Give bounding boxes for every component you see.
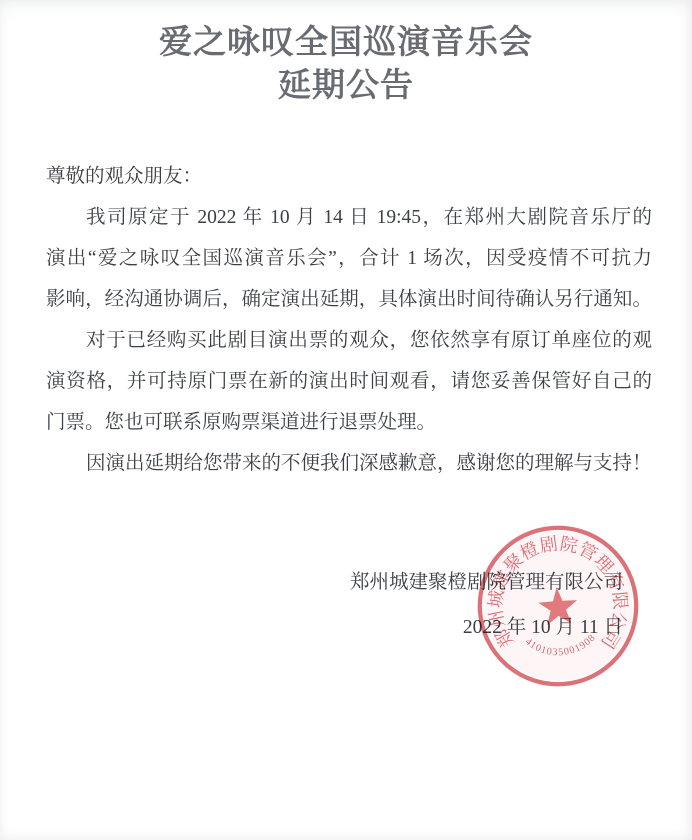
salutation-line: 尊敬的观众朋友： xyxy=(46,160,652,201)
signature-company: 郑州城建聚橙剧院管理有限公司 xyxy=(0,572,623,593)
document-title: 爱之咏叹全国巡演音乐会 延期公告 xyxy=(0,0,692,108)
document-body: 尊敬的观众朋友： 我司原定于 2022 年 10 月 14 日 19:45，在郑… xyxy=(46,160,652,488)
announcement-document: 爱之咏叹全国巡演音乐会 延期公告 尊敬的观众朋友： 我司原定于 2022 年 1… xyxy=(0,0,692,840)
signature-date: 2022 年 10 月 11 日 xyxy=(0,617,623,638)
body-line: 演资格，并可持原门票在新的演出时间观看，请您妥善保管好自己的 xyxy=(46,365,652,406)
body-line: 门票。您也可联系原购票渠道进行退票处理。 xyxy=(46,406,652,447)
body-line: 对于已经购买此剧目演出票的观众，您依然享有原订单座位的观 xyxy=(46,324,652,365)
body-line: 因演出延期给您带来的不便我们深感歉意，感谢您的理解与支持！ xyxy=(46,447,652,488)
body-line: 演出“爱之咏叹全国巡演音乐会”，合计 1 场次，因受疫情不可抗力 xyxy=(46,242,652,283)
body-line: 影响，经沟通协调后，确定演出延期，具体演出时间待确认另行通知。 xyxy=(46,283,652,324)
body-line: 我司原定于 2022 年 10 月 14 日 19:45，在郑州大剧院音乐厅的 xyxy=(46,201,652,242)
document-title-line2: 延期公告 xyxy=(0,65,692,108)
signature-block: 郑州城建聚橙剧院管理有限公司 2022 年 10 月 11 日 xyxy=(0,572,692,638)
document-title-line1: 爱之咏叹全国巡演音乐会 xyxy=(0,22,692,65)
